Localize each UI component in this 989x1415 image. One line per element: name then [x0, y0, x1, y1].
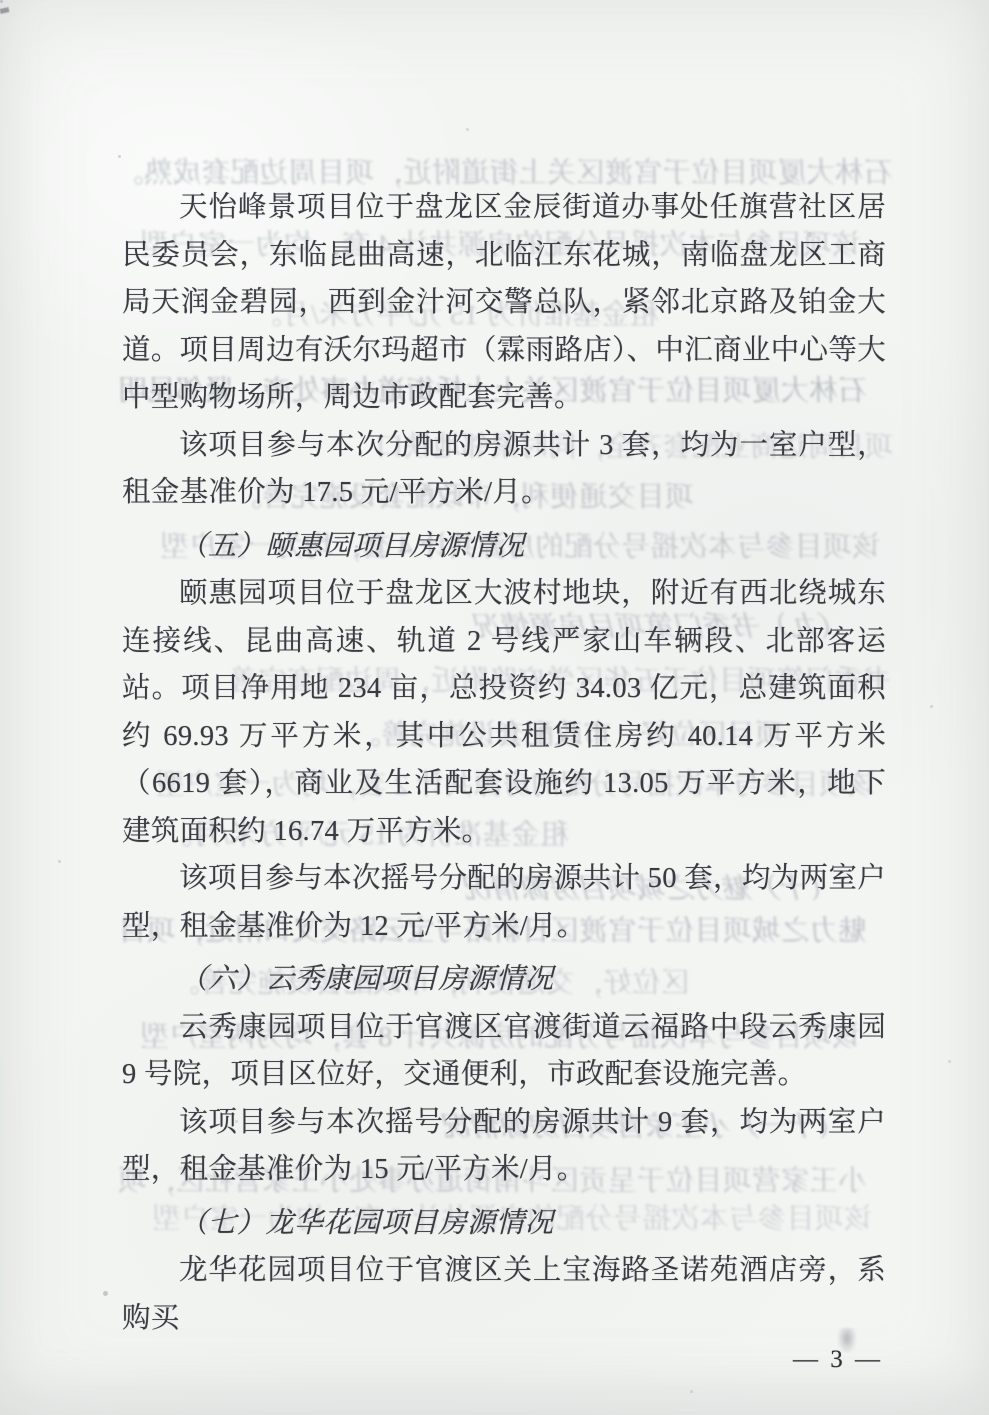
document-text-block: 天怡峰景项目位于盘龙区金辰街道办事处任旗营社区居民委员会，东临昆曲高速，北临江东… [122, 184, 886, 1342]
body-paragraph: 该项目参与本次摇号分配的房源共计 9 套，均为两室户型，租金基准价为 15 元/… [122, 1099, 886, 1194]
section-heading-7: （七）龙华花园项目房源情况 [122, 1200, 886, 1248]
scan-artifact-mark [0, 7, 9, 14]
section-heading-5: （五）颐惠园项目房源情况 [122, 523, 886, 571]
body-paragraph: 该项目参与本次分配的房源共计 3 套，均为一室户型，租金基准价为 17.5 元/… [122, 422, 886, 517]
body-paragraph: 天怡峰景项目位于盘龙区金辰街道办事处任旗营社区居民委员会，东临昆曲高速，北临江东… [122, 184, 886, 422]
body-paragraph: 颐惠园项目位于盘龙区大波村地块，附近有西北绕城东连接线、昆曲高速、轨道 2 号线… [122, 570, 886, 855]
scanned-document-page: 石林大厦项目位于官渡区关上街道附近，项目周边配套成熟。 该项目参与本次摇号分配的… [0, 0, 989, 1415]
page-number: — 3 — [793, 1346, 883, 1374]
scan-speckles [0, 0, 3, 3]
body-paragraph: 云秀康园项目位于官渡区官渡街道云福路中段云秀康园 9 号院，项目区位好，交通便利… [122, 1004, 886, 1099]
body-paragraph: 龙华花园项目位于官渡区关上宝海路圣诺苑酒店旁，系购买 [122, 1247, 886, 1342]
section-heading-6: （六）云秀康园项目房源情况 [122, 956, 886, 1004]
body-paragraph: 该项目参与本次摇号分配的房源共计 50 套，均为两室户型，租金基准价为 12 元… [122, 855, 886, 950]
